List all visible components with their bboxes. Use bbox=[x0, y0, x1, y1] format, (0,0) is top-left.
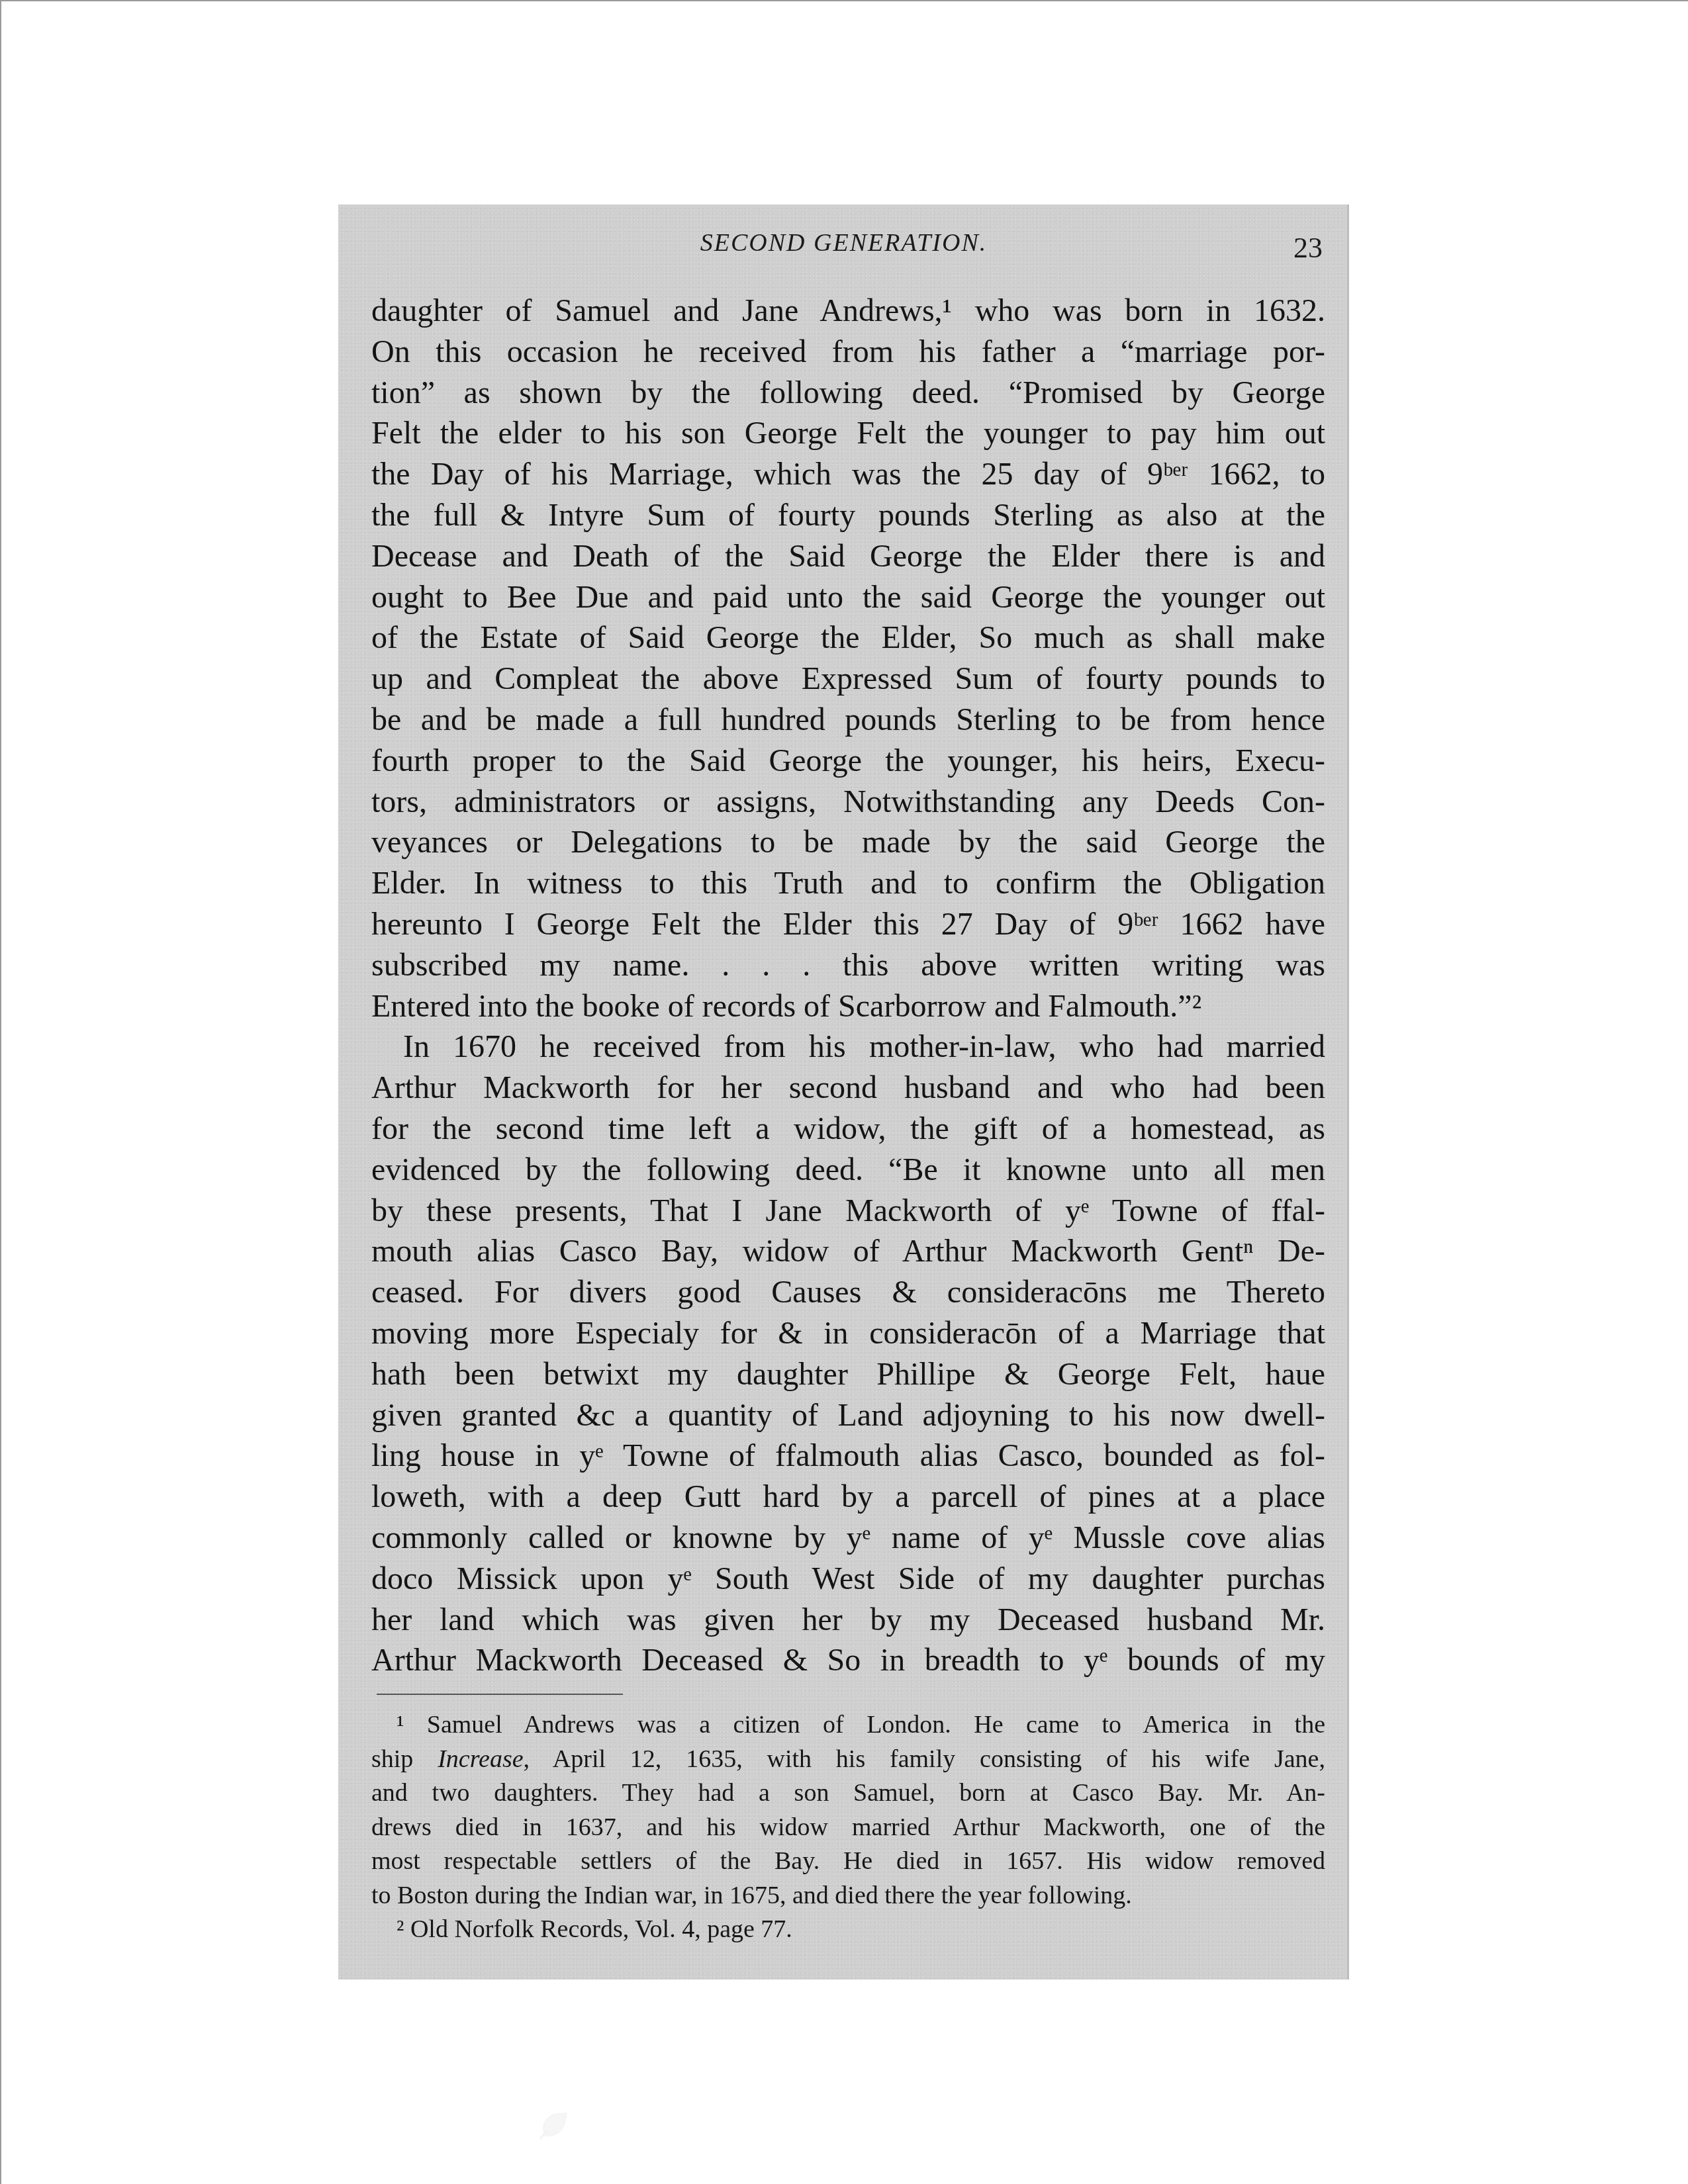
footnotes: ¹ Samuel Andrews was a citizen of London… bbox=[371, 1708, 1325, 1947]
text-line: Felt the elder to his son George Felt th… bbox=[371, 413, 1325, 454]
text-line: tors, administrators or assigns, Notwith… bbox=[371, 782, 1325, 823]
footnote-line: drews died in 1637, and his widow marrie… bbox=[371, 1811, 1325, 1845]
text-line: Arthur Mackworth for her second husband … bbox=[371, 1068, 1325, 1109]
footnote-text: and two daughters. They had a son Samuel… bbox=[371, 1779, 1325, 1807]
text-line: the full & Intyre Sum of fourty pounds S… bbox=[371, 495, 1325, 536]
text-line: ought to Bee Due and paid unto the said … bbox=[371, 577, 1325, 618]
text-line: loweth, with a deep Gutt hard by a parce… bbox=[371, 1477, 1325, 1518]
text-line: On this occasion he received from his fa… bbox=[371, 332, 1325, 373]
footnote-line: to Boston during the Indian war, in 1675… bbox=[371, 1879, 1325, 1913]
text-line: Entered into the booke of records of Sca… bbox=[371, 986, 1325, 1027]
footnote-text: drews died in 1637, and his widow marrie… bbox=[371, 1813, 1325, 1841]
text-line: Decease and Death of the Said George the… bbox=[371, 536, 1325, 577]
text-line: subscribed my name. . . . this above wri… bbox=[371, 945, 1325, 986]
text-line: ling house in yᵉ Towne of ffalmouth alia… bbox=[371, 1435, 1325, 1477]
page-number: 23 bbox=[1293, 231, 1323, 265]
text-line: of the Estate of Said George the Elder, … bbox=[371, 617, 1325, 659]
footnote-line: and two daughters. They had a son Samuel… bbox=[371, 1776, 1325, 1811]
text-line: Elder. In witness to this Truth and to c… bbox=[371, 863, 1325, 904]
frame-left-border bbox=[0, 0, 1, 2184]
text-line: ceased. For divers good Causes & conside… bbox=[371, 1272, 1325, 1313]
page-edge bbox=[1347, 205, 1349, 1979]
footnote-line: ship Increase, April 12, 1635, with his … bbox=[371, 1743, 1325, 1777]
text-line: hath been betwixt my daughter Phillipe &… bbox=[371, 1354, 1325, 1395]
body-text: daughter of Samuel and Jane Andrews,¹ wh… bbox=[371, 291, 1325, 1681]
text-line: hereunto I George Felt the Elder this 27… bbox=[371, 904, 1325, 945]
running-head: SECOND GENERATION. bbox=[338, 228, 1349, 257]
ship-name: Increase bbox=[438, 1745, 523, 1773]
text-line: the Day of his Marriage, which was the 2… bbox=[371, 454, 1325, 495]
leaf-icon bbox=[536, 2110, 568, 2140]
text-line: tion” as shown by the following deed. “P… bbox=[371, 373, 1325, 414]
footnote-line: most respectable settlers of the Bay. He… bbox=[371, 1844, 1325, 1879]
footnote-text: ¹ Samuel Andrews was a citizen of London… bbox=[397, 1711, 1325, 1739]
frame-top-border bbox=[0, 0, 1688, 1]
text-line: by these presents, That I Jane Mackworth… bbox=[371, 1191, 1325, 1232]
footnote-text: ship bbox=[371, 1745, 438, 1773]
footnote-text: , April 12, 1635, with his family consis… bbox=[524, 1745, 1325, 1773]
text-line: given granted &c a quantity of Land adjo… bbox=[371, 1395, 1325, 1436]
text-line: for the second time left a widow, the gi… bbox=[371, 1109, 1325, 1150]
text-line: fourth proper to the Said George the you… bbox=[371, 741, 1325, 782]
text-line: moving more Especialy for & in considera… bbox=[371, 1313, 1325, 1354]
footnote-text: to Boston during the Indian war, in 1675… bbox=[371, 1882, 1132, 1909]
text-line: In 1670 he received from his mother-in-l… bbox=[371, 1026, 1325, 1068]
text-line: Arthur Mackworth Deceased & So in breadt… bbox=[371, 1640, 1325, 1681]
text-line: daughter of Samuel and Jane Andrews,¹ wh… bbox=[371, 291, 1325, 332]
text-line: commonly called or knowne by yᵉ name of … bbox=[371, 1518, 1325, 1559]
footnote-text: most respectable settlers of the Bay. He… bbox=[371, 1847, 1325, 1875]
text-line: up and Compleat the above Expressed Sum … bbox=[371, 659, 1325, 700]
text-line: her land which was given her by my Decea… bbox=[371, 1600, 1325, 1641]
footnote-rule bbox=[377, 1694, 623, 1695]
text-line: doco Missick upon yᵉ South West Side of … bbox=[371, 1559, 1325, 1600]
text-line: be and be made a full hundred pounds Ste… bbox=[371, 700, 1325, 741]
footnote-text: ² Old Norfolk Records, Vol. 4, page 77. bbox=[397, 1915, 792, 1943]
text-line: mouth alias Casco Bay, widow of Arthur M… bbox=[371, 1231, 1325, 1272]
footnote-line: ¹ Samuel Andrews was a citizen of London… bbox=[371, 1708, 1325, 1743]
text-line: veyances or Delegations to be made by th… bbox=[371, 822, 1325, 863]
footnote-line: ² Old Norfolk Records, Vol. 4, page 77. bbox=[371, 1913, 1325, 1947]
text-line: evidenced by the following deed. “Be it … bbox=[371, 1150, 1325, 1191]
scanned-page: SECOND GENERATION. 23 daughter of Samuel… bbox=[338, 205, 1349, 1979]
